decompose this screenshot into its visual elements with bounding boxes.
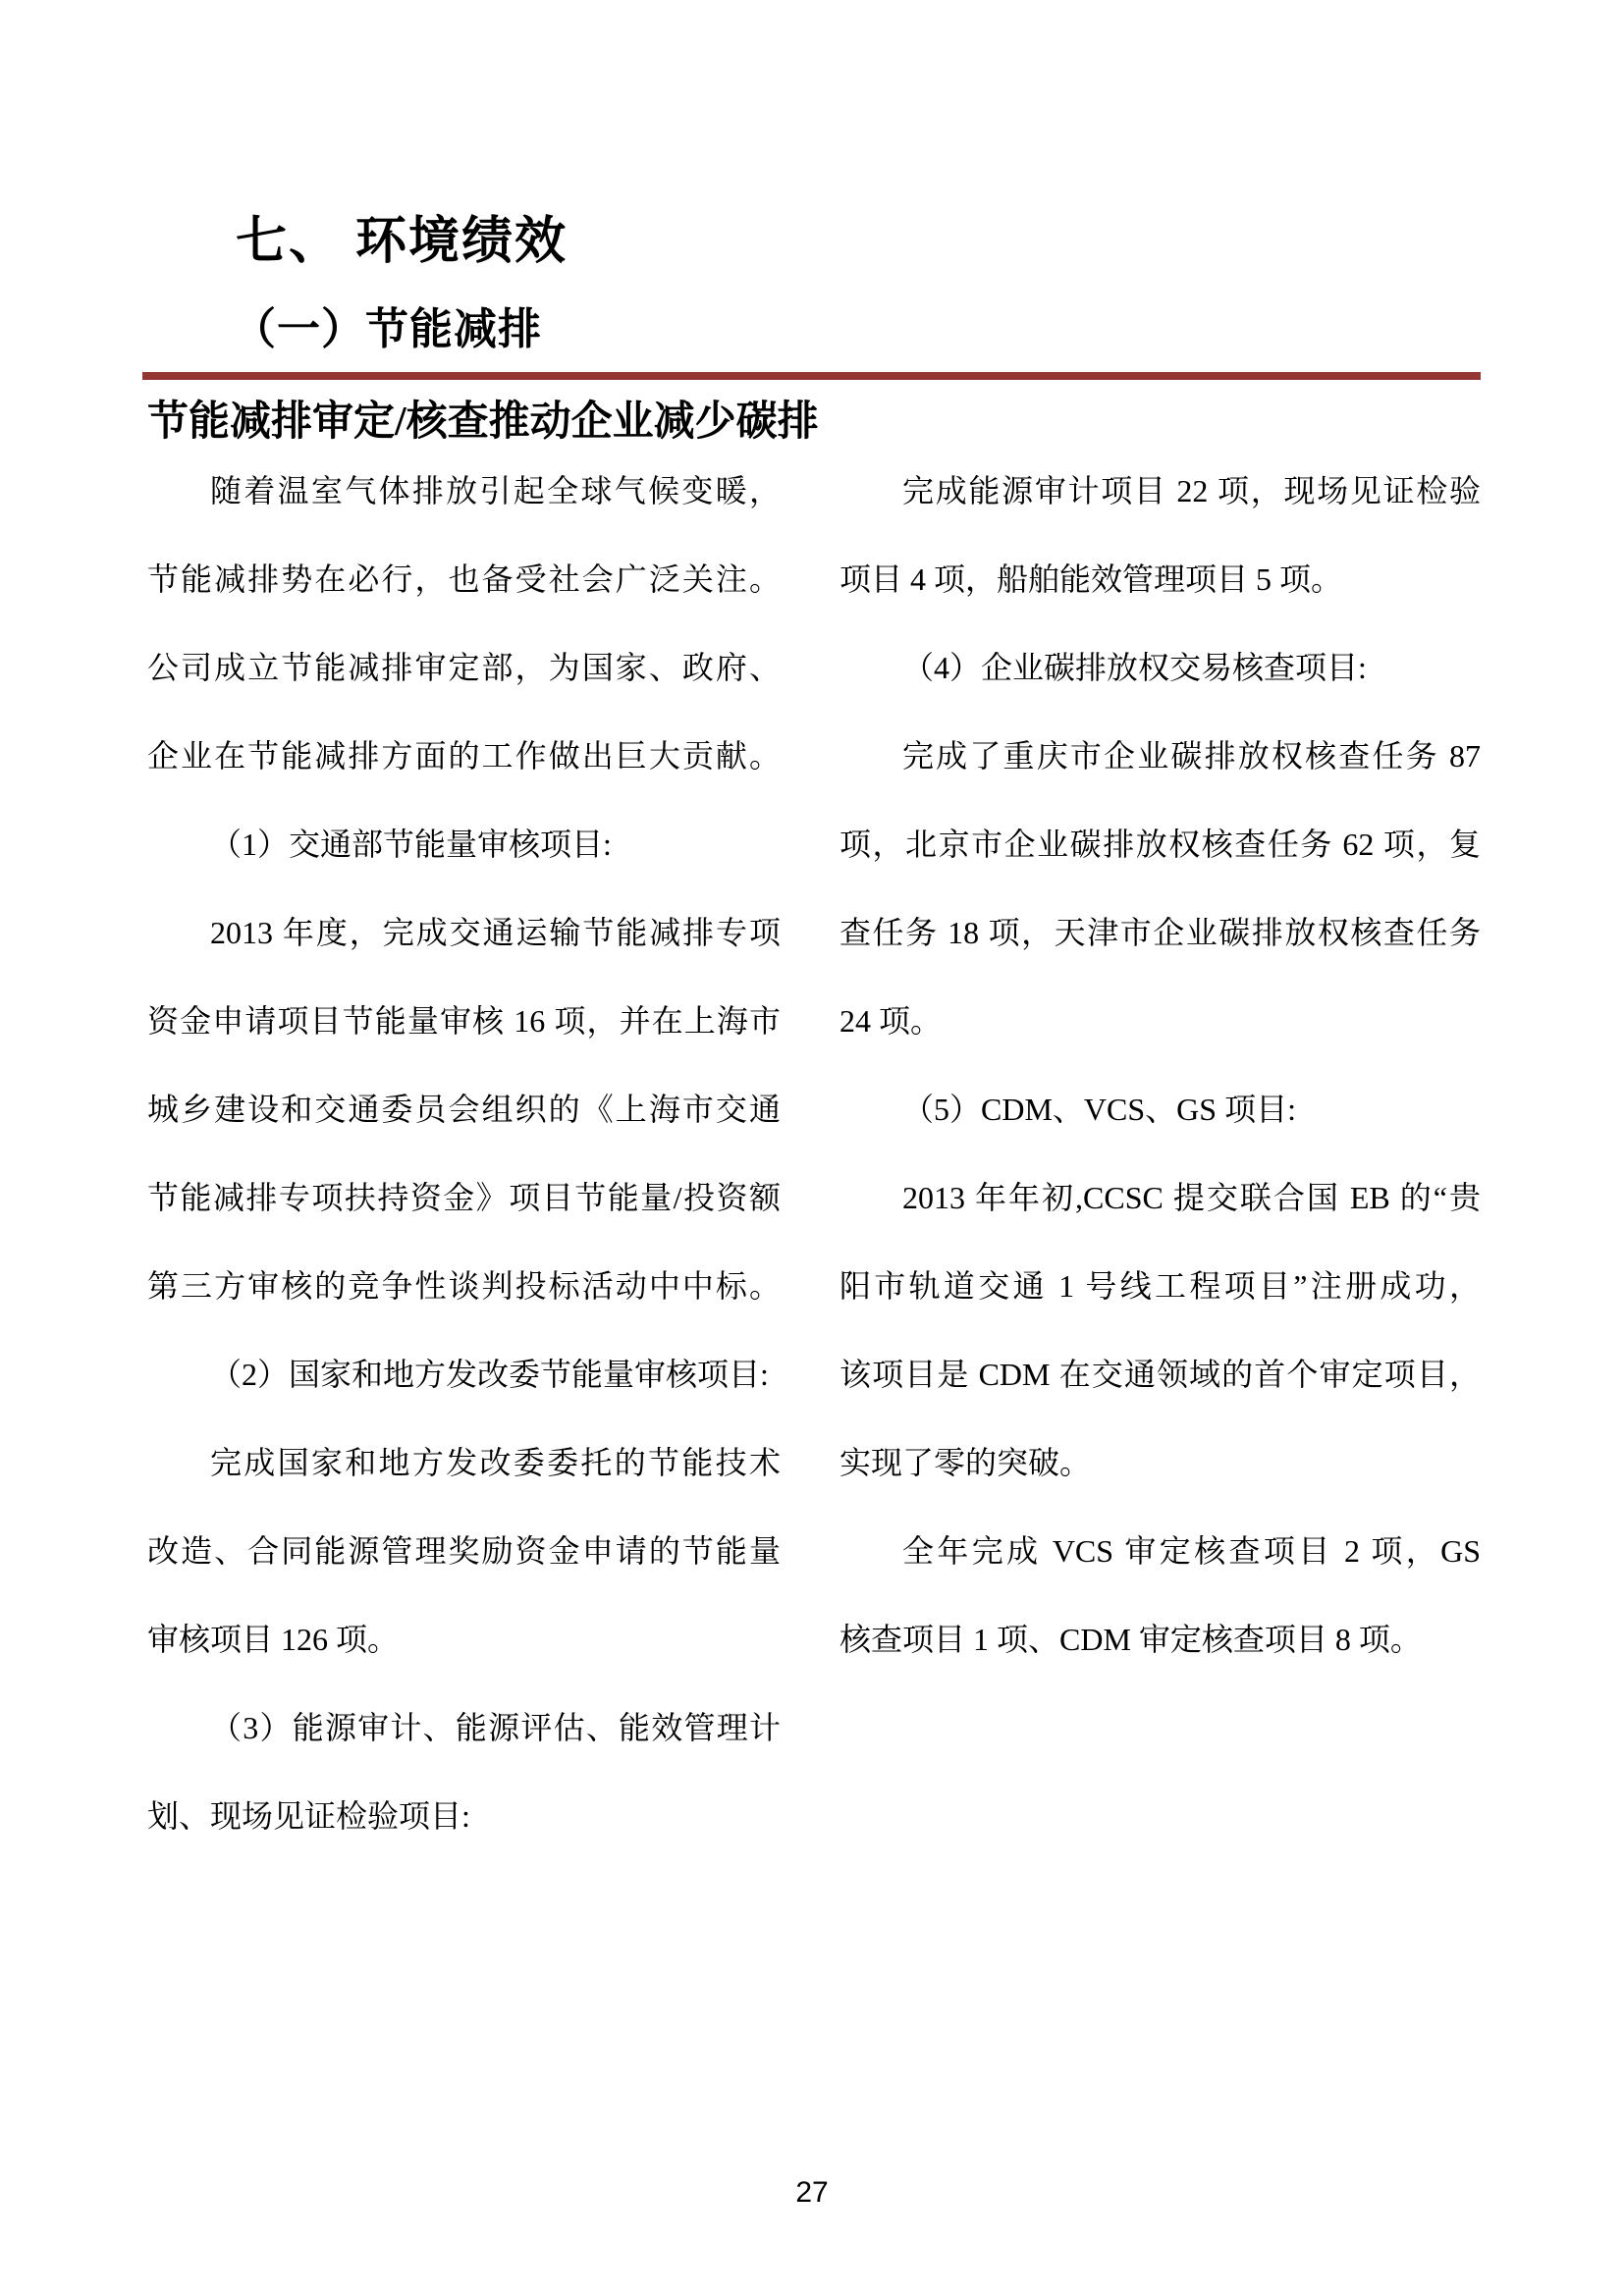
subsection-heading: 节能减排审定/核查推动企业减少碳排 [147,399,819,446]
section-divider-rule [142,372,1481,380]
text-line: 完成能源审计项目 22 项，现场见证检验 [839,447,1481,535]
text-line: 2013 年年初,CCSC 提交联合国 EB 的“贵 [839,1153,1481,1242]
text-line: 资金申请项目节能量审核 16 项，并在上海市 [147,977,781,1065]
text-line: 实现了零的突破。 [839,1418,1481,1507]
text-line: （1）交通部节能量审核项目: [147,800,781,888]
chapter-name: 环境绩效 [355,213,568,270]
right-column: 完成能源审计项目 22 项，现场见证检验项目 4 项，船舶能效管理项目 5 项。… [839,447,1481,1683]
chapter-number: 七、 [236,213,342,270]
document-page: 七、环境绩效 （一）节能减排 节能减排审定/核查推动企业减少碳排 随着温室气体排… [0,0,1624,2296]
text-line: 随着温室气体排放引起全球气候变暖， [147,447,781,535]
text-line: 第三方审核的竞争性谈判投标活动中中标。 [147,1242,781,1330]
chapter-title: 七、环境绩效 [236,212,568,271]
text-line: 全年完成 VCS 审定核查项目 2 项，GS [839,1507,1481,1595]
text-line: 该项目是 CDM 在交通领域的首个审定项目， [839,1330,1481,1418]
text-line: 项目 4 项，船舶能效管理项目 5 项。 [839,535,1481,623]
text-line: 改造、合同能源管理奖励资金申请的节能量 [147,1507,781,1595]
text-line: 节能减排专项扶持资金》项目节能量/投资额 [147,1153,781,1242]
text-line: 查任务 18 项，天津市企业碳排放权核查任务 [839,888,1481,977]
text-line: 节能减排势在必行，也备受社会广泛关注。 [147,535,781,623]
text-line: （3）能源审计、能源评估、能效管理计 [147,1683,781,1772]
left-column: 随着温室气体排放引起全球气候变暖，节能减排势在必行，也备受社会广泛关注。公司成立… [147,447,781,1860]
text-line: 项，北京市企业碳排放权核查任务 62 项，复 [839,800,1481,888]
text-line: 完成了重庆市企业碳排放权核查任务 87 [839,712,1481,800]
text-line: 完成国家和地方发改委委托的节能技术 [147,1418,781,1507]
text-line: 审核项目 126 项。 [147,1595,781,1683]
text-line: 24 项。 [839,977,1481,1065]
text-line: 核查项目 1 项、CDM 审定核查项目 8 项。 [839,1595,1481,1683]
section-title: （一）节能减排 [233,304,542,355]
text-line: 划、现场见证检验项目: [147,1772,781,1860]
page-number: 27 [0,2175,1624,2211]
text-line: （2）国家和地方发改委节能量审核项目: [147,1330,781,1418]
text-line: 城乡建设和交通委员会组织的《上海市交通 [147,1065,781,1153]
text-line: 企业在节能减排方面的工作做出巨大贡献。 [147,712,781,800]
text-line: 2013 年度，完成交通运输节能减排专项 [147,888,781,977]
text-line: （4）企业碳排放权交易核查项目: [839,623,1481,712]
text-line: （5）CDM、VCS、GS 项目: [839,1065,1481,1153]
text-line: 公司成立节能减排审定部，为国家、政府、 [147,623,781,712]
text-line: 阳市轨道交通 1 号线工程项目”注册成功， [839,1242,1481,1330]
